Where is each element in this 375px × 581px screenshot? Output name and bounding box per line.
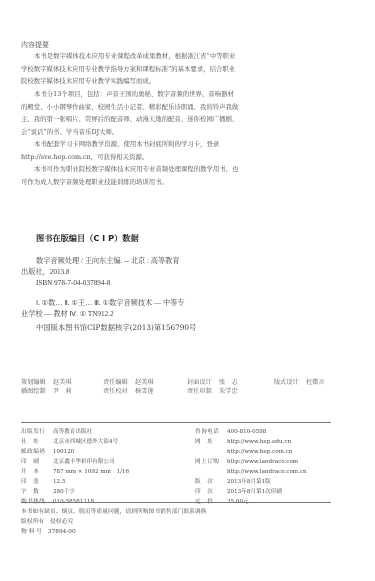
info-row: 开 本787 mm × 1092 mm 1/16 (21, 467, 129, 477)
website-link[interactable]: http://www.landraco.com (227, 457, 298, 467)
credit-item: 责任编辑 赵美琪 (103, 378, 154, 387)
credit-column: 责任编辑 赵美琪 责任校对 杨雪莲 (103, 378, 154, 396)
cip-entry: 数字音频处理 / 王向东主编. -- 北京 : 高等教育 出版社，2013.8 … (21, 256, 246, 290)
cip-record: 中国版本图书馆CIP数据核字(2013)第156790号 (36, 323, 196, 333)
cip-entry-line: 数字音频处理 / 王向东主编. -- 北京 : 高等教育 (21, 256, 246, 267)
cip-subjects: Ⅰ. ①数… Ⅱ. ①王… Ⅲ. ①数字音频技术 — 中等专 业学校 — 教材 … (21, 298, 246, 320)
info-row: 字 数280千字 (21, 487, 129, 497)
cip-title: 图书在版编目（C I P）数据 (36, 233, 139, 244)
info-row: 社 址北京市西城区德外大街4号 (21, 437, 129, 447)
info-row: http://www.landraco.com.cn (195, 467, 307, 477)
publication-info-left: 出版发行高等教育出版社 社 址北京市西城区德外大街4号 邮政编码100120 印… (21, 427, 129, 507)
cip-subject-line: Ⅰ. ①数… Ⅱ. ①王… Ⅲ. ①数字音频技术 — 中等专 (21, 298, 246, 309)
info-row: 网上订购http://www.landraco.com (195, 457, 307, 467)
info-row: 邮政编码100120 (21, 447, 129, 457)
isbn: ISBN 978-7-04-037894-8 (21, 278, 246, 289)
credit-item: 策划编辑 赵美琪 (21, 378, 72, 387)
info-row: 版 次2013年8月第1版 (195, 477, 307, 487)
cip-subject-line: 业学校 — 教材 Ⅳ. ① TN912.2 (21, 309, 246, 320)
credit-item: 责任印制 朱学忠 (187, 387, 238, 396)
abstract-paragraph: 本书是数字媒体技术应用专业课程改革成果教材，根据浙江省“中等职业学校数字媒体技术… (21, 50, 239, 88)
credit-item: 责任校对 杨雪莲 (103, 387, 154, 396)
divider (21, 422, 331, 423)
credit-column: 版式设计 杜微言 (274, 378, 325, 387)
abstract-title: 内容提要 (21, 40, 49, 50)
info-row: 咨询电话400-810-0598 (195, 427, 307, 437)
credit-item: 版式设计 杜微言 (274, 378, 325, 387)
credit-item: 封面设计 张 志 (187, 378, 238, 387)
credit-item: 插图绘制 尹 莉 (21, 387, 72, 396)
info-row: http://www.hep.com.cn (195, 447, 307, 457)
material-number: 物 料 号 37894-00 (21, 527, 207, 537)
credit-column: 封面设计 张 志 责任印制 朱学忠 (187, 378, 238, 396)
info-row: 印 张12.5 (21, 477, 129, 487)
info-row: 出版发行高等教育出版社 (21, 427, 129, 437)
publication-info-right: 咨询电话400-810-0598 网 址http://www.hep.edu.c… (195, 427, 307, 507)
rights-notice: 版权所有 侵权必究 (21, 517, 207, 527)
info-row: 网 址http://www.hep.edu.cn (195, 437, 307, 447)
quality-notice: 本书如有缺页、倒页、脱页等质量问题，请到所购图书销售部门联系调换 (21, 507, 207, 517)
website-link[interactable]: http://www.hep.com.cn (227, 447, 292, 457)
info-row: 印 次2013年8月第1次印刷 (195, 487, 307, 497)
footer: 本书如有缺页、倒页、脱页等质量问题，请到所购图书销售部门联系调换 版权所有 侵权… (21, 507, 207, 537)
abstract-paragraph: 本书分13个项目，包括：声音王国的奥秘、数字音频的世界、音响器材的殿堂、小小钢琴… (21, 88, 239, 138)
abstract-paragraph: 本书配套学习卡网络教学资源，使用本书封底所附的学习卡，登录http://sve.… (21, 138, 239, 163)
abstract-paragraph: 本书可作为职业院校数字媒体技术应用专业音频处理课程的教学用书，也可作为成人数字音… (21, 163, 239, 188)
divider (21, 502, 331, 503)
credit-column: 策划编辑 赵美琪 插图绘制 尹 莉 (21, 378, 72, 396)
info-row: 印 刷北京鑫丰华彩印有限公司 (21, 457, 129, 467)
cip-entry-line: 出版社，2013.8 (21, 267, 246, 278)
website-link[interactable]: http://www.landraco.com.cn (227, 467, 307, 477)
website-link[interactable]: http://www.hep.edu.cn (227, 437, 291, 447)
